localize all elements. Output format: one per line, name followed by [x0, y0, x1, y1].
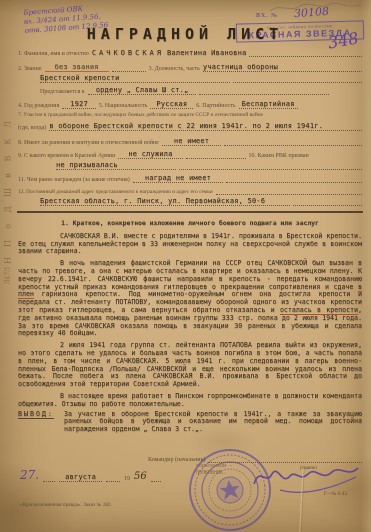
dotted-line	[151, 473, 161, 482]
recommended-award-value: ордену „ Славы Ш ст.„	[88, 86, 197, 95]
field-row-address-value: Брестская область, г. Пинск, ул. Первома…	[18, 197, 362, 206]
dotted-line	[179, 162, 362, 170]
given-name-value: Валентина Ивановна	[167, 49, 246, 57]
margin-letter: Л	[4, 117, 13, 133]
wounds-value: не имеет	[162, 137, 221, 146]
conclusion-text: За участие в обороне Брестской крепости …	[64, 410, 362, 434]
field-row-rank-position: 2. Звание без звания 3. Должность, часть…	[18, 63, 362, 72]
margin-letter: Л47Л	[5, 269, 12, 285]
dotted-line	[216, 187, 362, 195]
field-label: 5. Национальность	[99, 103, 147, 109]
margin-letter: о	[4, 219, 13, 235]
section-divider	[17, 211, 363, 213]
conscription-value: не призывалась	[56, 161, 176, 170]
date-year: 56	[134, 471, 147, 482]
document-title: НАГРАДНОЙ ЛИСТ	[70, 25, 300, 43]
field-row-name: 1. Фамилия, имя и отчество САЧКОВСКАЯ Ва…	[18, 49, 362, 57]
conclusion-block: ВЫВОД: За участие в обороне Брестской кр…	[18, 411, 362, 434]
field-label: 8. Имеет ли ранения и контузии в отечест…	[18, 140, 159, 146]
dotted-line	[43, 473, 55, 482]
citation-paragraph-1: САЧКОВСКАЯ В.И. вместе с родителями в 19…	[18, 233, 362, 256]
field-sublabel: (где, когда)	[18, 125, 46, 131]
date-month: августа	[59, 473, 102, 482]
party-value: Беспартийная	[239, 100, 298, 109]
citation-heading: 1. Краткое, конкретное изложение личного…	[18, 220, 362, 228]
date-line: 27. августа 19 56	[20, 468, 161, 482]
field-row-recommended: Представляется к ордену „ Славы Ш ст.„	[18, 86, 362, 95]
field-row-address-label: 12. Постоянный домашний адрес представля…	[18, 187, 362, 195]
address-value: Брестская область, г. Пинск, ул. Первома…	[40, 197, 290, 206]
margin-letter: в	[4, 168, 13, 184]
war-participation-value: в обороне Брестской крепости с 22 июня 1…	[49, 122, 362, 131]
field-row-prior-awards: 11. Чем ранее награжден (за какие отличи…	[18, 174, 362, 183]
citation-paragraph-2: В ночь нападения фашистской Германии на …	[18, 260, 362, 338]
field-row-birth-nationality-party: 4. Год рождения 1927 5. Национальность Р…	[18, 100, 362, 109]
nationality-value: Русская	[150, 100, 193, 109]
dotted-line	[293, 198, 362, 206]
dotted-line	[249, 49, 362, 57]
field-row-conscription: не призывалась	[18, 161, 362, 170]
field-row-war-participation-value: (где, когда) в обороне Брестской крепост…	[18, 122, 362, 131]
field-label: 1. Фамилия, имя и отчество	[18, 51, 89, 57]
printing-imprint: «Краснознаменная правда». Заказ № 282.	[20, 503, 112, 508]
field-label: 11. Чем ранее награжден (за какие отличи…	[18, 177, 130, 183]
citation-paragraph-4: В настоящее время работает в Пинском гор…	[18, 393, 362, 409]
dotted-line	[112, 64, 146, 72]
conclusion-label: ВЫВОД:	[18, 411, 54, 420]
dotted-line	[224, 138, 362, 146]
incoming-number-value: 30108	[294, 5, 330, 20]
citation-text: В ночь нападения фашистской Германии на …	[18, 259, 362, 290]
field-label: 10. Каким РВК призван	[249, 153, 309, 159]
field-label: 7. Участие в гражданской войне, последую…	[18, 112, 263, 118]
margin-annotation: Л К В в Ш Д о П Н Л47Л	[0, 112, 16, 288]
field-label: 4. Год рождения	[18, 103, 59, 109]
position-value-2: Брестской крепости	[40, 74, 230, 83]
field-label: 12. Постоянный домашний адрес представля…	[18, 189, 213, 195]
surname-value: САЧКОВСКАЯ	[92, 49, 164, 57]
dotted-line	[226, 175, 362, 183]
position-value: участница обороны	[203, 63, 362, 72]
field-row-position-cont: Брестской крепости	[18, 74, 362, 83]
incoming-number-label: ВХ. №	[256, 13, 278, 19]
dotted-line	[199, 87, 329, 95]
field-label: 3. Должность, часть	[149, 66, 200, 72]
dotted-line	[233, 75, 362, 83]
field-label: 9. С какого времени в Красной Армии	[18, 153, 115, 159]
dotted-line	[106, 473, 120, 482]
field-row-wounds: 8. Имеет ли ранения и контузии в отечест…	[18, 137, 362, 146]
field-label: 2. Звание	[18, 66, 42, 72]
round-seal-stamp	[186, 446, 274, 532]
margin-letter: К	[4, 134, 13, 150]
citation-section: 1. Краткое, конкретное изложение личного…	[18, 220, 362, 434]
award-sheet-document: Л К В в Ш Д о П Н Л47Л Брестской ОВК вх.…	[0, 0, 371, 532]
margin-letter: Ш	[4, 185, 13, 201]
field-row-war-participation-label: 7. Участие в гражданской войне, последую…	[18, 112, 362, 118]
dotted-line	[186, 151, 246, 159]
date-year-prefix: 19	[124, 476, 130, 482]
margin-letter: В	[4, 151, 13, 167]
service-value: не служила	[118, 150, 182, 159]
form-code: Г—№ 6.45	[324, 492, 347, 497]
field-label: 6. Партийность	[196, 103, 235, 109]
date-day: 27.	[20, 468, 39, 482]
birth-year-value: 1927	[62, 100, 96, 109]
margin-letter: Д	[4, 202, 13, 218]
citation-paragraph-3: 2 июля 1941 года группа ст. лейтенанта П…	[18, 342, 362, 389]
field-row-service: 9. С какого времени в Красной Армии не с…	[18, 150, 362, 159]
field-label: Представляется к	[40, 89, 85, 95]
rank-value: без звания	[45, 63, 109, 72]
margin-letter: П	[4, 236, 13, 252]
prior-awards-value: наград не имеет	[133, 174, 223, 183]
